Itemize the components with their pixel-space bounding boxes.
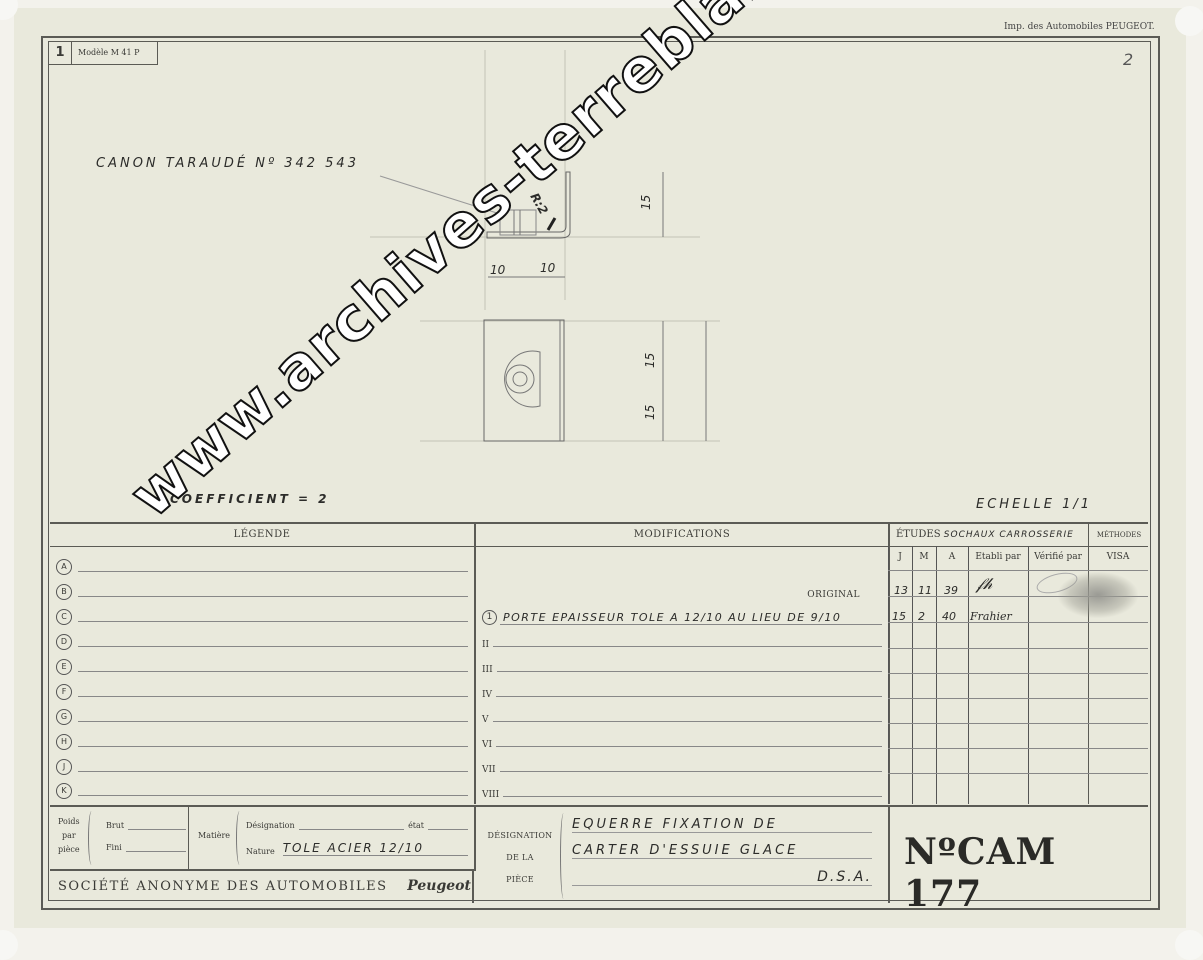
svg-text:15: 15: [643, 405, 657, 420]
legend-row-h: H: [56, 733, 468, 751]
designation-line-2: CARTER D'ESSUIE GLACE: [572, 843, 872, 859]
row2-m: 2: [918, 610, 925, 623]
etudes-section: ÉTUDES SOCHAUX CARROSSERIE MÉTHODES J M …: [888, 524, 1148, 804]
row1-a: 39: [944, 584, 958, 597]
poids-matiere-box: Poidsparpièce Brut Fini Matière Désignat…: [50, 807, 476, 871]
nature-value: TOLE ACIER 12/10: [283, 841, 468, 856]
peugeot-logo: Peugeot: [407, 878, 471, 894]
brut-field: Brut: [106, 821, 186, 830]
mod-row-vii: VII: [482, 755, 882, 775]
legend-row-g: G: [56, 708, 468, 726]
col-j: J: [888, 552, 912, 562]
modification-entry-1: 1 PORTE EPAISSEUR TOLE A 12/10 AU LIEU D…: [482, 610, 841, 625]
drawing-number-box: NºCAM 177: [890, 807, 1148, 903]
original-label: ORIGINAL: [807, 590, 860, 600]
legend-row-j: J: [56, 758, 468, 776]
row2-j: 15: [892, 610, 906, 623]
drawing-number: NºCAM 177: [904, 831, 1148, 915]
bottom-band: Poidsparpièce Brut Fini Matière Désignat…: [50, 805, 1148, 903]
legend-row-c: C: [56, 608, 468, 626]
mod-row-viii: VIII: [482, 780, 882, 800]
clip-bottom-left: [0, 930, 18, 960]
mod-row-iii: III: [482, 655, 882, 675]
legend-title: LÉGENDE: [50, 524, 474, 546]
col-visa: VISA: [1088, 552, 1148, 562]
designation-line-3: D.S.A.: [572, 869, 872, 886]
row2-etabli: Frahier: [970, 610, 1012, 623]
legend-row-a: A: [56, 558, 468, 576]
row1-signature: 𝒻𝒽: [976, 574, 992, 594]
designation-field: Désignationétat: [246, 821, 468, 830]
methodes-label: MÉTHODES: [1088, 524, 1149, 546]
matiere-label: Matière: [198, 831, 230, 840]
legend-row-b: B: [56, 583, 468, 601]
designation-label: DÉSIGNATIONDE LAPIÈCE: [482, 825, 558, 891]
col-verifie: Vérifié par: [1028, 552, 1088, 562]
svg-text:15: 15: [643, 353, 657, 368]
col-etabli: Etabli par: [968, 552, 1028, 562]
legend-row-f: F: [56, 683, 468, 701]
row2-a: 40: [942, 610, 956, 623]
clip-bottom-right: [1175, 930, 1203, 960]
nature-field: NatureTOLE ACIER 12/10: [246, 841, 468, 856]
mod-row-vi: VI: [482, 730, 882, 750]
modifications-title: MODIFICATIONS: [476, 524, 888, 546]
legend-row-d: D: [56, 633, 468, 651]
mod-row-ii: II: [482, 630, 882, 650]
company-name: SOCIÉTÉ ANONYME DES AUTOMOBILES: [58, 879, 388, 894]
col-m: M: [912, 552, 936, 562]
etudes-department: SOCHAUX CARROSSERIE: [944, 530, 1074, 540]
company-footer: SOCIÉTÉ ANONYME DES AUTOMOBILES Peugeot: [50, 871, 474, 903]
col-a: A: [936, 552, 968, 562]
svg-text:10: 10: [490, 263, 506, 277]
title-block: LÉGENDE A B C D E F G H J K MODIFICATION…: [50, 522, 1148, 901]
etudes-title: ÉTUDES SOCHAUX CARROSSERIE: [888, 524, 1074, 546]
modification-text: PORTE EPAISSEUR TOLE A 12/10 AU LIEU DE …: [503, 611, 841, 624]
poids-label: Poidsparpièce: [58, 815, 80, 857]
svg-text:10: 10: [540, 261, 556, 275]
visa-stamp: [1058, 572, 1138, 618]
scale-note: ECHELLE 1/1: [976, 497, 1092, 512]
legend-section: LÉGENDE A B C D E F G H J K: [50, 524, 476, 804]
modifications-section: MODIFICATIONS ORIGINAL 1 PORTE EPAISSEUR…: [476, 524, 890, 804]
mod-row-v: V: [482, 705, 882, 725]
mod-row-iv: IV: [482, 680, 882, 700]
legend-row-k: K: [56, 782, 468, 800]
legend-row-e: E: [56, 658, 468, 676]
row1-j: 13: [894, 584, 908, 597]
fini-field: Fini: [106, 843, 186, 852]
designation-box: DÉSIGNATIONDE LAPIÈCE EQUERRE FIXATION D…: [476, 807, 890, 903]
modification-marker: 1: [482, 610, 497, 625]
row1-m: 11: [918, 584, 932, 597]
designation-line-1: EQUERRE FIXATION DE: [572, 817, 872, 833]
svg-text:15: 15: [639, 195, 653, 210]
